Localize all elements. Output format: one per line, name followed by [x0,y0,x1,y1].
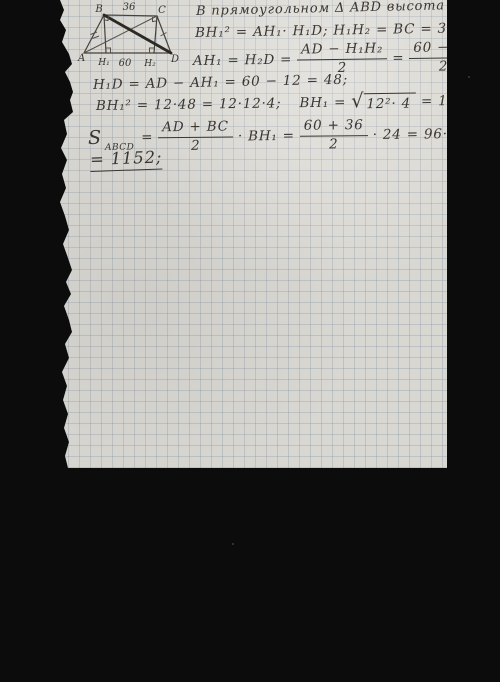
equals-sign: = [392,50,404,66]
fraction-60-plus-36: 60 + 36 2 [300,118,368,153]
vertex-label-a: A [77,53,85,64]
relation-line: BH₁² = AH₁· H₁D; H₁H₂ = BC = 36; [195,20,462,41]
height-bh1 [104,15,106,53]
bh1-line: BH₁² = 12·48 = 12·12·4; BH₁ = √ 12²· 4 =… [96,90,500,116]
bh1-squared: BH₁² = 12·48 = 12·12·4; [96,95,282,114]
side-length-bc: 36 [123,2,136,13]
solution-title: В прямоугольном Δ ABD высота [196,0,445,19]
scan-background: { "scan": { "background_color": "#0c0c0c… [0,0,500,682]
h1d-line: H₁D = AD − AH₁ = 60 − 12 = 48; [93,72,348,93]
vertex-label-c: C [158,5,166,16]
side-length-ad: 60 [119,58,132,69]
final-result: = 1152; [90,147,163,169]
area-mid: · BH₁ = [238,128,295,145]
area-tail: · 24 = 96·12 = [373,126,484,143]
ah1-result: = 12; [482,48,500,65]
dust-speck [232,543,234,545]
vertex-label-b: B [94,4,102,15]
square-root: √ 12²· 4 [351,92,416,113]
dust-speck [468,76,470,78]
radical-sign: √ [351,92,365,110]
bh1-result: = 12·2 = 24; [421,92,500,109]
area-equals: = [141,129,153,145]
foot-label-h2: H₂ [143,59,156,69]
diagonal-ac [84,16,157,53]
vertex-label-d: D [170,54,179,65]
tick-ab-2 [93,36,100,39]
scanned-photo: B 36 C A H₁ 60 H₂ D В прямоугольном Δ AB… [0,0,500,682]
trapezoid-diagram: B 36 C A H₁ 60 H₂ D [77,1,195,69]
right-angle-mark-h1 [106,48,111,53]
notebook-page: B 36 C A H₁ 60 H₂ D В прямоугольном Δ AB… [57,0,447,468]
ah1-prefix: AH₁ = H₂D = [193,52,292,69]
bh1-prefix: BH₁ = [299,95,346,112]
diagonal-bd [104,15,171,53]
fraction-60-minus-36: 60 − 36 2 [409,40,477,75]
trapezoid-outline [84,15,171,53]
fraction-ad-plus-bc: AD + BC 2 [158,119,233,154]
right-angle-mark-h2 [150,48,155,53]
foot-label-h1: H₁ [97,58,109,68]
area-symbol: S [88,127,102,149]
